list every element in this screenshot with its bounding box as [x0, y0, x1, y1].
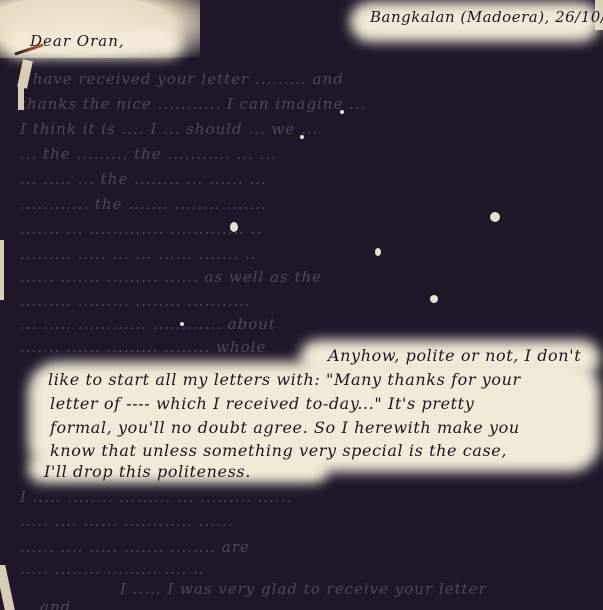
ghost-line: I ..... I was very glad to receive your …	[120, 580, 487, 598]
paper-speck	[490, 212, 500, 222]
ghost-line: ..... ........ ......... .... ..	[20, 560, 205, 578]
ghost-line: ....... ... ............. ............. …	[20, 220, 262, 238]
paper-tear	[18, 85, 24, 110]
paragraph-line: Anyhow, polite or not, I don't	[328, 346, 581, 365]
paper-tear	[0, 565, 15, 610]
ghost-line: ....... ...... ......... ........ whole	[20, 338, 266, 356]
ghost-line: ......... ......... ........ ...........	[20, 292, 251, 310]
ghost-line: ...... ....... ......... ...... as well …	[20, 268, 322, 286]
letter-page: I have received your letter ......... an…	[0, 0, 603, 610]
paper-speck	[340, 110, 344, 114]
salutation: Dear Oran,	[30, 32, 125, 50]
paragraph-line: like to start all my letters with: "Many…	[48, 370, 521, 389]
ghost-line: thanks the nice ........... I can imagin…	[20, 95, 366, 113]
ghost-line: I think it is .... I ... should ... we .…	[20, 120, 318, 138]
ghost-line: I ..... ........ ......... ... .........…	[20, 488, 292, 506]
paper-speck	[230, 222, 238, 232]
ghost-line: ... the ......... the ........... ... ..…	[20, 145, 277, 163]
paragraph-line: formal, you'll no doubt agree. So I here…	[50, 418, 520, 437]
paragraph-line: I'll drop this politeness.	[44, 462, 251, 481]
paragraph-line: letter of ---- which I received to-day..…	[50, 394, 474, 413]
ghost-line: I have received your letter ......... an…	[20, 70, 344, 88]
paper-speck	[300, 135, 304, 139]
ghost-line: ......... ..... ... ... ...... ....... .…	[20, 245, 257, 263]
paper-speck	[430, 295, 438, 303]
ghost-line: ............ the ....... ........ ......…	[20, 195, 267, 213]
ghost-line: ... ..... ... the ........ ... ...... ..…	[20, 170, 267, 188]
paper-tear	[0, 240, 4, 300]
ghost-line: ...... .... ..... ....... ........ are	[20, 538, 250, 556]
letter-date: Bangkalan (Madoera), 26/10/47	[370, 8, 603, 26]
paragraph-line: know that unless something very special …	[50, 441, 507, 460]
paper-speck	[375, 248, 381, 256]
faded-handwriting-background: I have received your letter ......... an…	[0, 0, 603, 610]
ghost-line: ..... .... ...... ............ ......	[20, 512, 233, 530]
paper-speck	[180, 322, 184, 326]
ghost-line: ... ..... ............ ............ abou…	[20, 315, 276, 333]
ghost-line: and ...... ... ... ....... ...	[40, 598, 227, 610]
